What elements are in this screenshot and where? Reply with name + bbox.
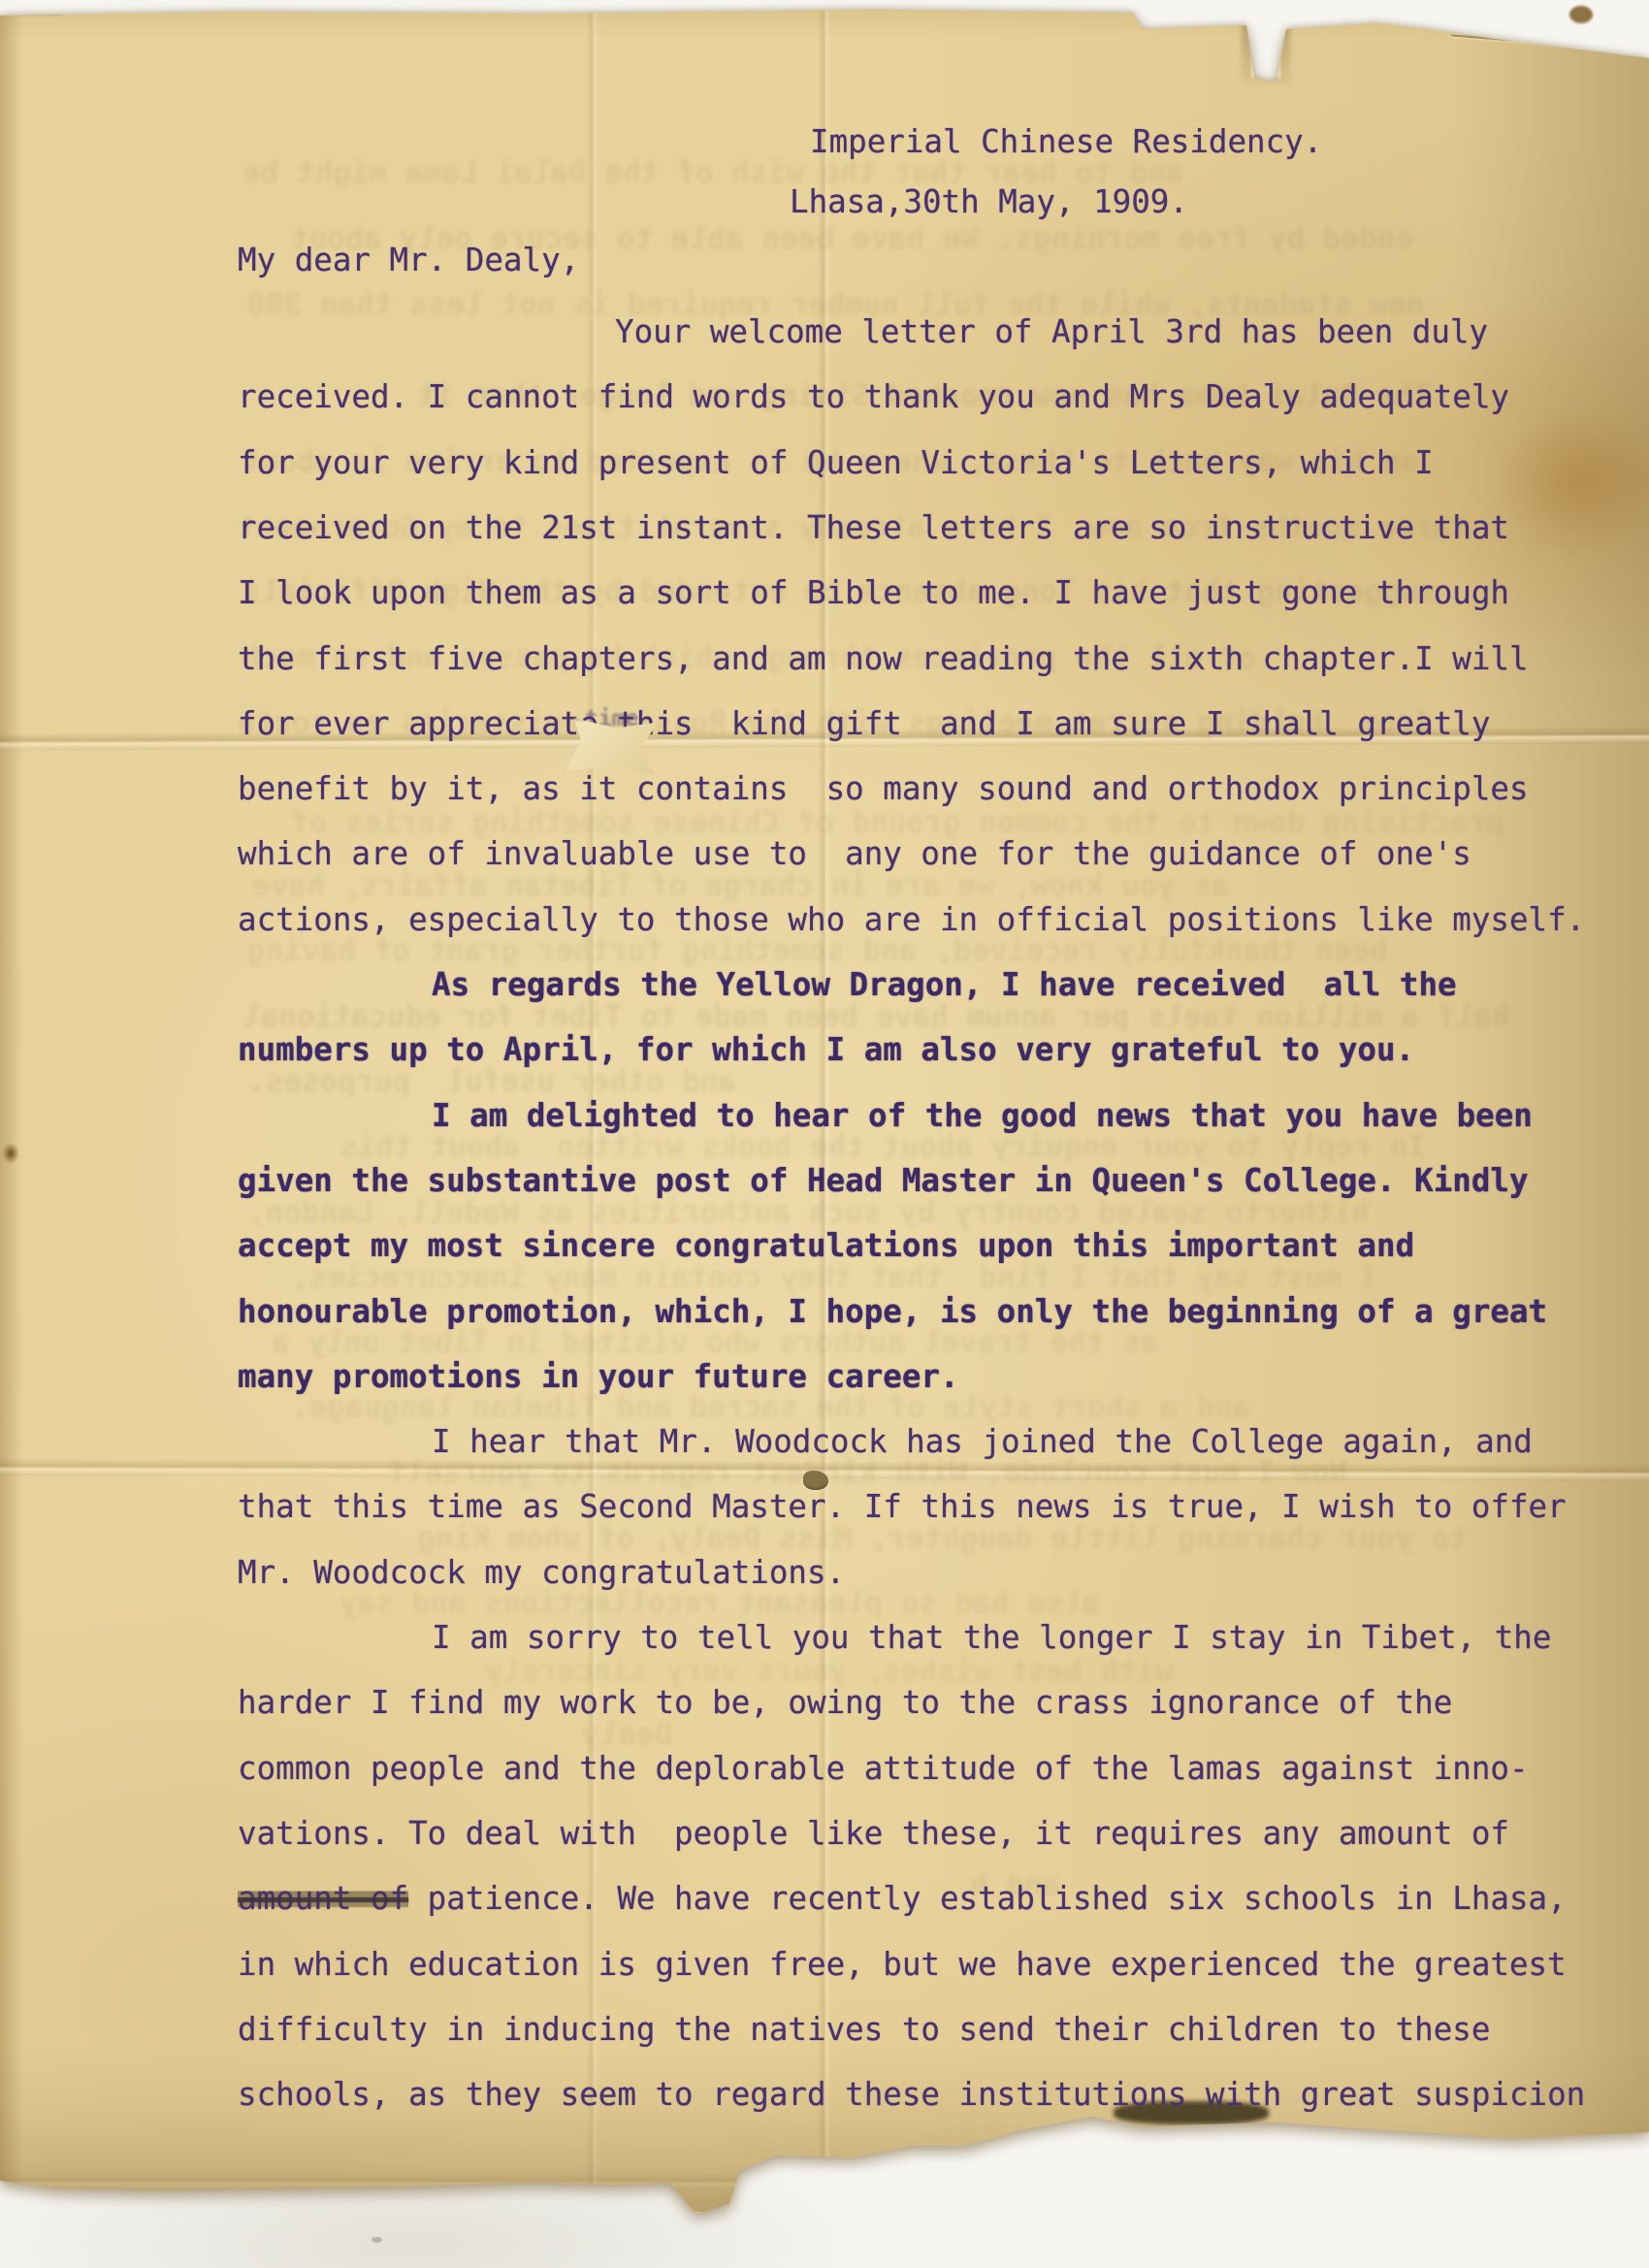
letter-line: Your welcome letter of April 3rd has bee… [615,312,1488,351]
letter-line: Mr. Woodcock my congratulations. [238,1553,845,1592]
letter-line: numbers up to April, for which I am also… [238,1030,1414,1069]
letter-line: difficulty in inducing the natives to se… [238,2010,1490,2049]
letter-heading: Imperial Chinese Residency. [810,122,1322,161]
paper-tear-hole [803,1471,828,1490]
letter-line: common people and the deplorable attitud… [238,1749,1529,1788]
letter-line: received on the 21st instant. These lett… [238,508,1509,547]
debris-speck-bottom-left [372,2237,382,2243]
letter-line: that this time as Second Master. If this… [238,1487,1567,1526]
letter-dateline: Lhasa,30th May, 1909. [790,182,1188,221]
letter-line: I look upon them as a sort of Bible to m… [238,573,1509,612]
letter-paper: and to hear that the wish of the Dalai L… [0,0,1649,2268]
letter-line: I hear that Mr. Woodcock has joined the … [432,1422,1533,1461]
letter-line: many promotions in your future career. [238,1357,959,1396]
letter-line: for your very kind present of Queen Vict… [238,443,1434,482]
scanner-background: { "document_type": "scanned typewritten … [0,0,1649,2268]
letter-line: I am sorry to tell you that the longer I… [432,1618,1551,1657]
letter-line: accept my most sincere congratulations u… [238,1226,1414,1265]
letter-line: schools, as they seem to regard these in… [238,2075,1585,2114]
debris-speck-top-right [1569,6,1593,23]
letter-line: As regards the Yellow Dragon, I have rec… [432,965,1457,1004]
struck-out-text: amount of [238,1880,408,1917]
letter-line: actions, especially to those who are in … [238,900,1585,939]
letter-line: harder I find my work to be, owing to th… [238,1683,1452,1722]
letter-line: in which education is given free, but we… [238,1945,1567,1984]
letter-salutation: My dear Mr. Dealy, [238,241,579,279]
letter-line: I am delighted to hear of the good news … [432,1096,1533,1135]
letter-line: which are of invaluable use to any one f… [238,834,1471,873]
torn-flap-top-edge [1251,27,1280,78]
letter-line: given the substantive post of Head Maste… [238,1161,1529,1200]
letter-line: for ever appreciate this kind gift and I… [238,704,1490,743]
letter-line: vations. To deal with people like these,… [238,1814,1509,1853]
letter-body: Imperial Chinese Residency. Lhasa,30th M… [0,0,1649,2268]
letter-line: benefit by it, as it contains so many so… [238,769,1529,808]
letter-paper-wrapper: and to hear that the wish of the Dalai L… [0,0,1649,2268]
letter-line: received. I cannot find words to thank y… [238,377,1509,416]
letter-line: the first five chapters, and am now read… [238,639,1529,678]
letter-line: amount of patience. We have recently est… [238,1879,1567,1918]
letter-line: honourable promotion, which, I hope, is … [238,1292,1547,1331]
stain-drip-bottom-edge [1168,2128,1180,2159]
ink-smudge-top-left [16,2,62,14]
